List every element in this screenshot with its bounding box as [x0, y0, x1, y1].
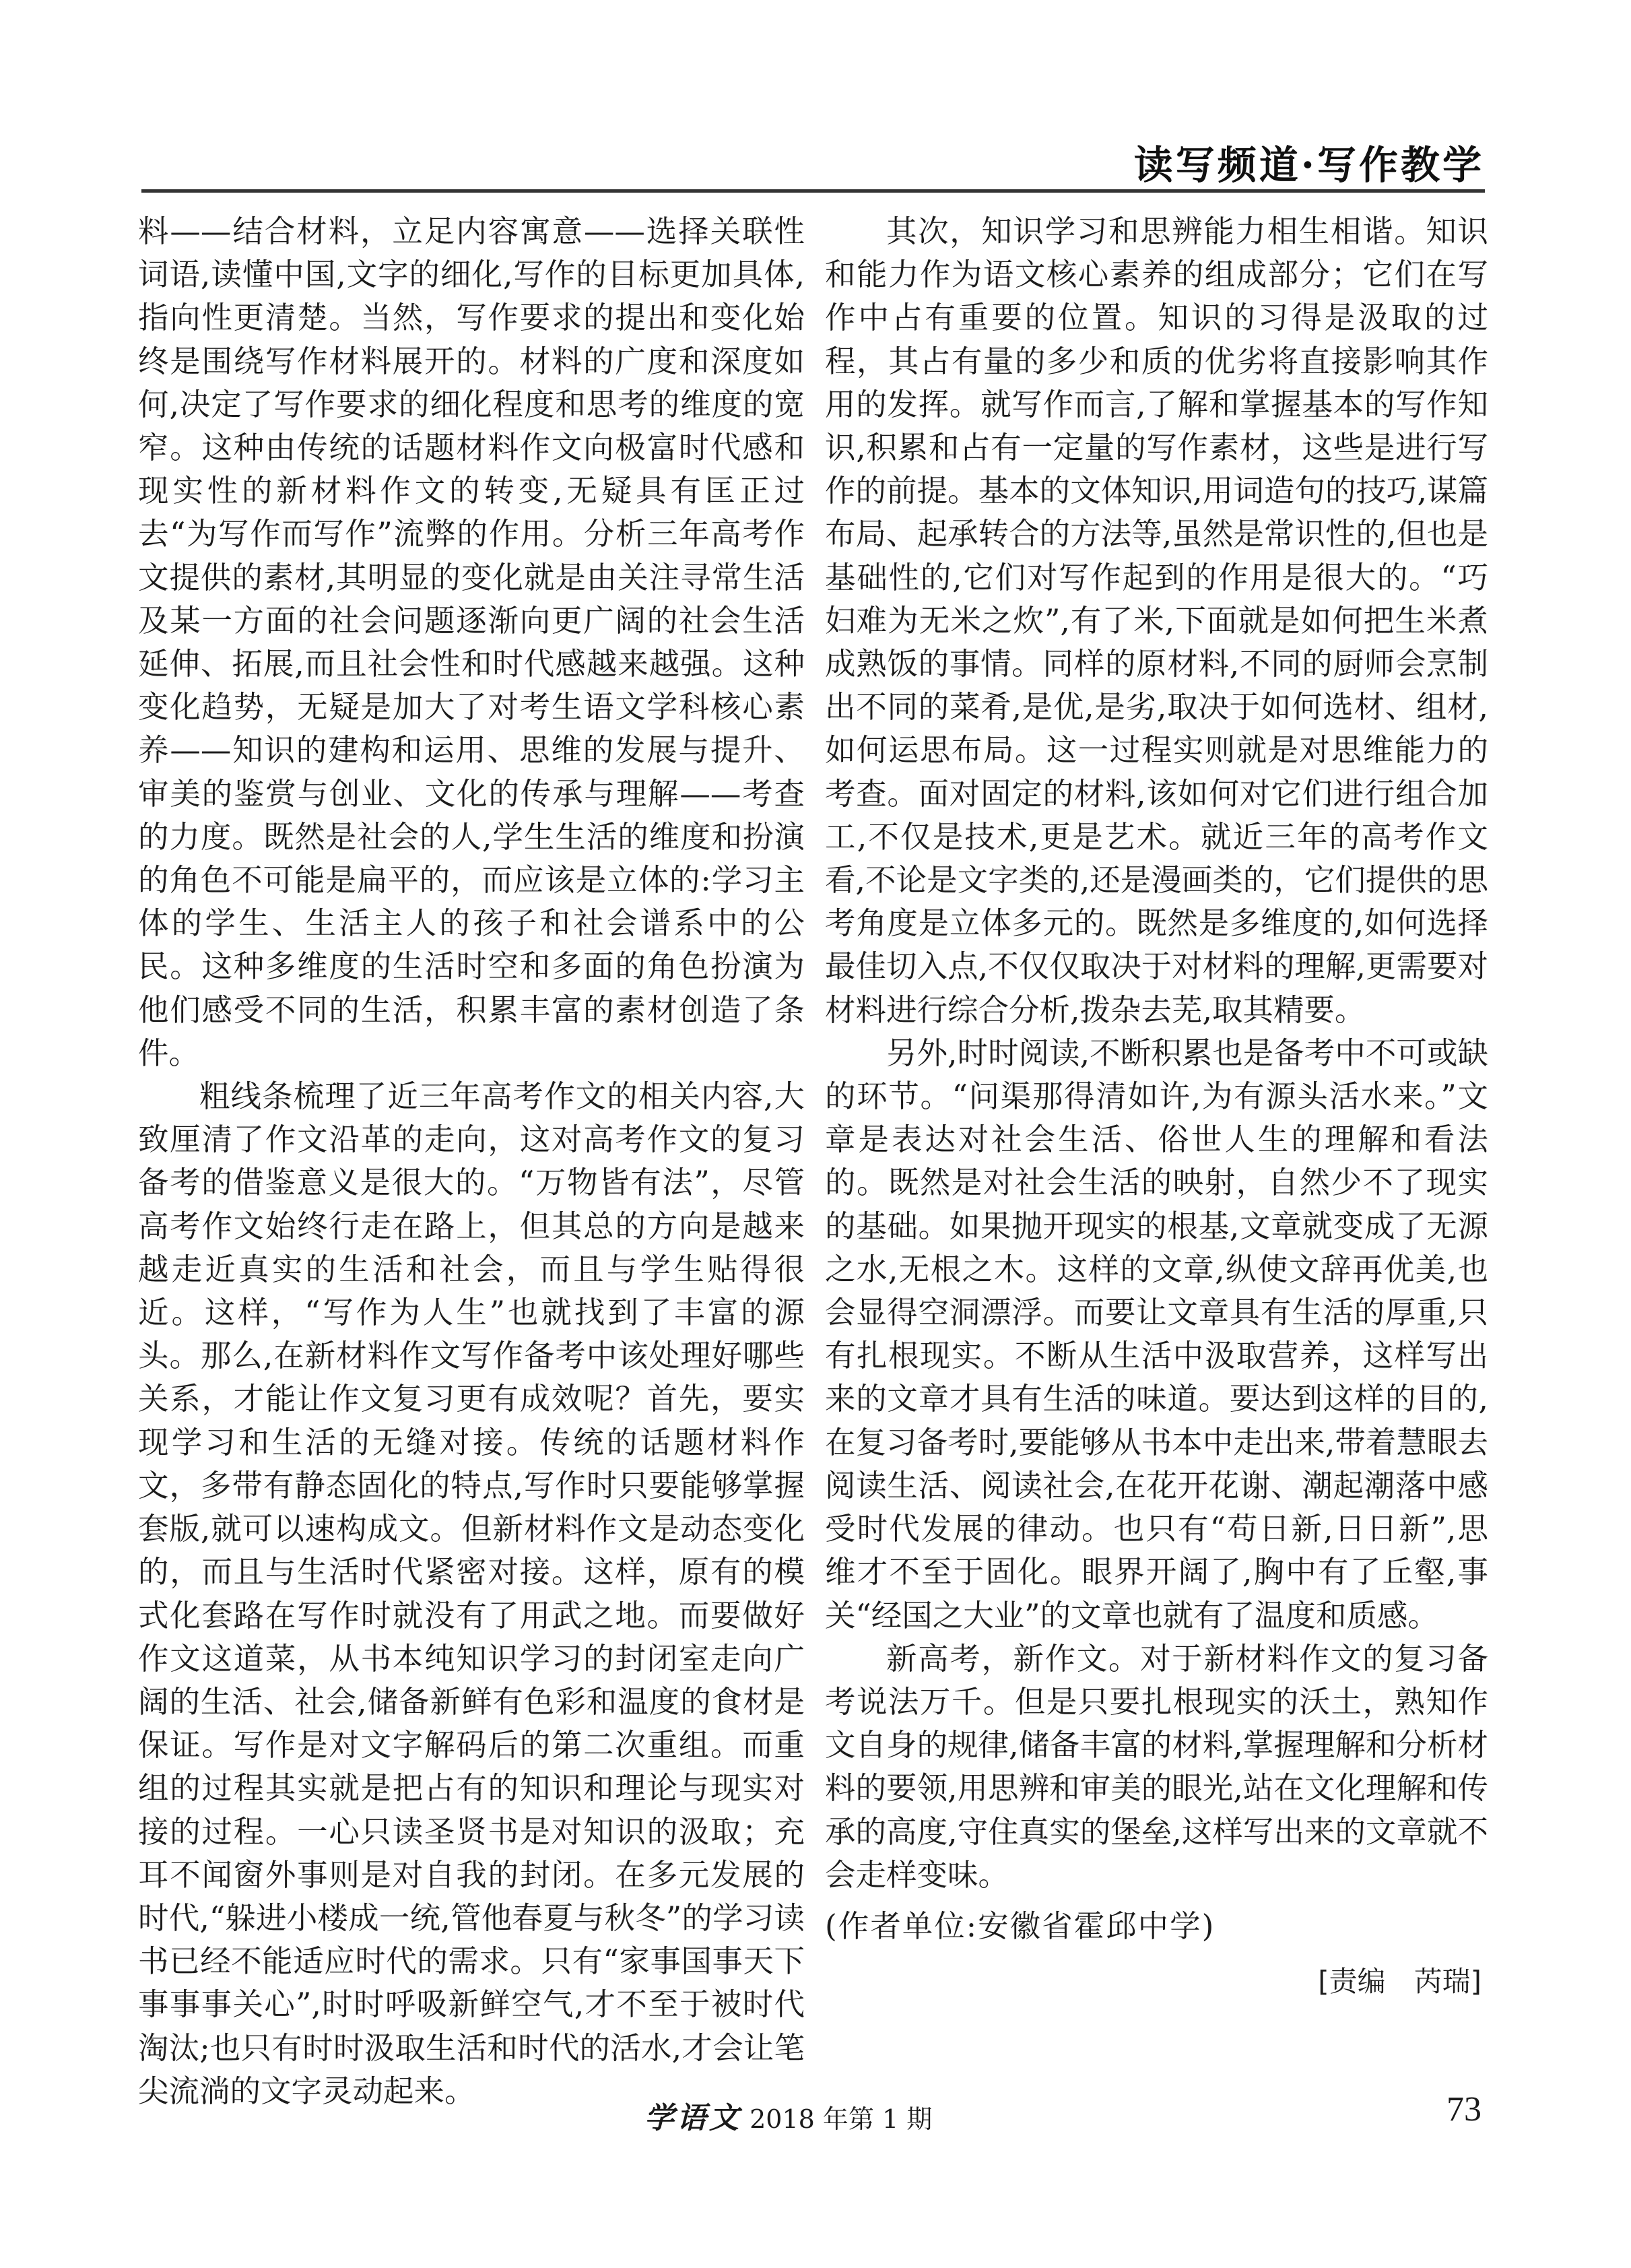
page-number: 73 [1446, 2089, 1482, 2129]
paragraph: 粗线条梳理了近三年高考作文的相关内容,大致厘清了作文沿革的走向，这对高考作文的复… [138, 1075, 805, 2113]
right-column: 其次，知识学习和思辨能力相生相谐。知识和能力作为语文核心素养的组成部分；它们在写… [825, 210, 1488, 2003]
magazine-name: 学语文 [644, 2101, 741, 2135]
section-title: 读写频道·写作教学 [1134, 133, 1484, 190]
paragraph: 其次，知识学习和思辨能力相生相谐。知识和能力作为语文核心素养的组成部分；它们在写… [825, 210, 1488, 1032]
paragraph: 新高考，新作文。对于新材料作文的复习备考说法万千。但是只要扎根现实的沃土，熟知作… [825, 1638, 1488, 1897]
author-affiliation: (作者单位:安徽省霍邱中学) [825, 1905, 1488, 1948]
left-column: 料——结合材料，立足内容寓意——选择关联性词语,读懂中国,文字的细化,写作的目标… [138, 210, 805, 2113]
footer-issue: 学语文 2018 年第 1 期 [644, 2094, 932, 2137]
header-divider [141, 189, 1485, 193]
paragraph: 另外,时时阅读,不断积累也是备考中不可或缺的环节。“问渠那得清如许,为有源头活水… [825, 1032, 1488, 1638]
paragraph: 料——结合材料，立足内容寓意——选择关联性词语,读懂中国,文字的细化,写作的目标… [138, 210, 805, 1075]
editor-credit: [责编 芮瑞] [825, 1960, 1488, 2003]
issue-label: 2018 年第 1 期 [750, 2104, 932, 2134]
